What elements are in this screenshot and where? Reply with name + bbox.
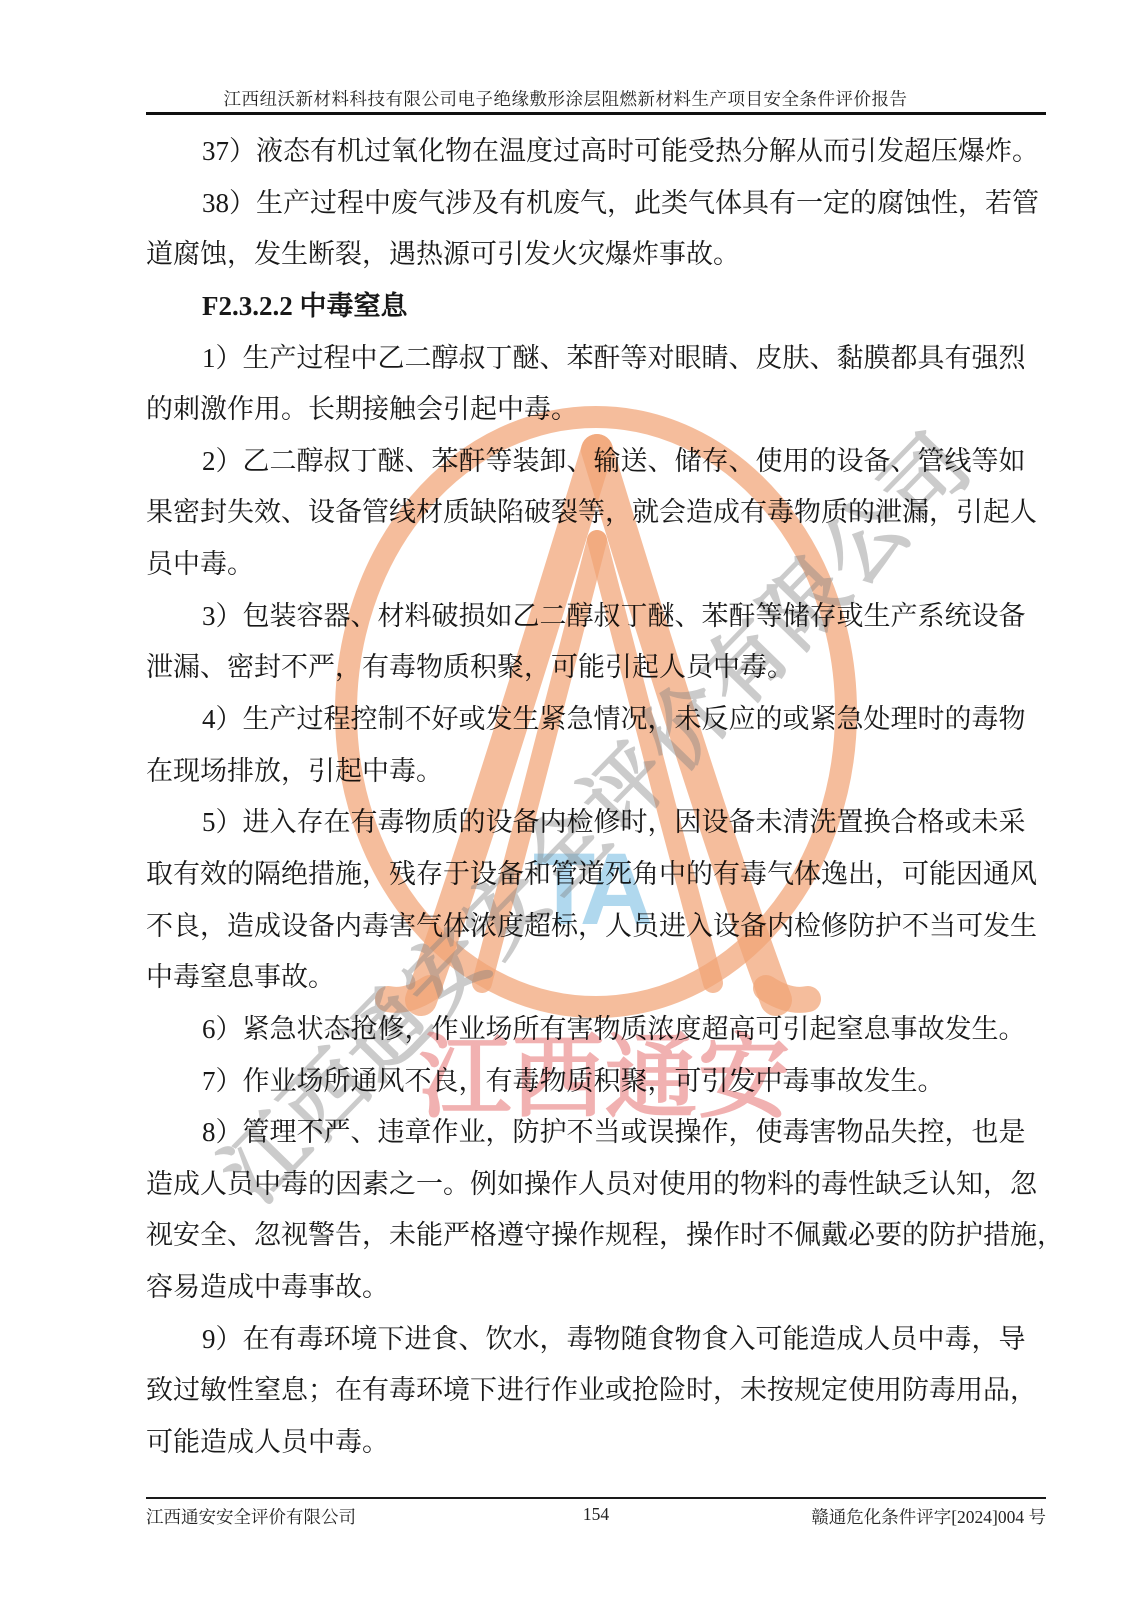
body-line: 道腐蚀，发生断裂，遇热源可引发火灾爆炸事故。 [146,229,1014,281]
body-text: 37）液态有机过氧化物在温度过高时可能受热分解从而引发超压爆炸。38）生产过程中… [146,126,1014,1469]
body-line: 视安全、忽视警告，未能严格遵守操作规程，操作时不佩戴必要的防护措施， [146,1210,1014,1262]
body-line: 1）生产过程中乙二醇叔丁醚、苯酐等对眼睛、皮肤、黏膜都具有强烈 [146,333,1014,385]
body-line: 在现场排放，引起中毒。 [146,746,1014,798]
footer-doc-number: 赣通危化条件评字[2024]004 号 [811,1504,1046,1529]
body-line: 4）生产过程控制不好或发生紧急情况，未反应的或紧急处理时的毒物 [146,694,1014,746]
body-line: 致过敏性窒息；在有毒环境下进行作业或抢险时，未按规定使用防毒用品， [146,1365,1014,1417]
header-divider [146,112,1046,115]
body-line: 员中毒。 [146,539,1014,591]
document-page: 江西纽沃新材料科技有限公司电子绝缘敷形涂层阻燃新材料生产项目安全条件评价报告 3… [0,0,1131,1600]
body-line: 5）进入存在有毒物质的设备内检修时，因设备未清洗置换合格或未采 [146,797,1014,849]
footer-page-number: 154 [583,1504,609,1525]
body-line: 中毒窒息事故。 [146,952,1014,1004]
body-line: 可能造成人员中毒。 [146,1417,1014,1469]
page-footer: 江西通安安全评价有限公司 154 赣通危化条件评字[2024]004 号 [146,1504,1046,1530]
body-line: 6）紧急状态抢修，作业场所有害物质浓度超高可引起窒息事故发生。 [146,1004,1014,1056]
section-heading: F2.3.2.2 中毒窒息 [146,281,1014,333]
body-line: 泄漏、密封不严，有毒物质积聚，可能引起人员中毒。 [146,642,1014,694]
body-line: 38）生产过程中废气涉及有机废气，此类气体具有一定的腐蚀性，若管 [146,178,1014,230]
body-line: 果密封失效、设备管线材质缺陷破裂等，就会造成有毒物质的泄漏，引起人 [146,487,1014,539]
page-header-title: 江西纽沃新材料科技有限公司电子绝缘敷形涂层阻燃新材料生产项目安全条件评价报告 [0,86,1131,111]
body-line: 容易造成中毒事故。 [146,1262,1014,1314]
body-line: 37）液态有机过氧化物在温度过高时可能受热分解从而引发超压爆炸。 [146,126,1014,178]
body-line: 9）在有毒环境下进食、饮水，毒物随食物食入可能造成人员中毒，导 [146,1314,1014,1366]
body-line: 3）包装容器、材料破损如乙二醇叔丁醚、苯酐等储存或生产系统设备 [146,591,1014,643]
body-line: 造成人员中毒的因素之一。例如操作人员对使用的物料的毒性缺乏认知，忽 [146,1159,1014,1211]
footer-company: 江西通安安全评价有限公司 [146,1504,356,1529]
body-line: 2）乙二醇叔丁醚、苯酐等装卸、输送、储存、使用的设备、管线等如 [146,436,1014,488]
body-line: 8）管理不严、违章作业，防护不当或误操作，使毒害物品失控，也是 [146,1107,1014,1159]
footer-divider [146,1497,1046,1499]
body-line: 的刺激作用。长期接触会引起中毒。 [146,384,1014,436]
body-line: 不良，造成设备内毒害气体浓度超标，人员进入设备内检修防护不当可发生 [146,901,1014,953]
body-line: 取有效的隔绝措施，残存于设备和管道死角中的有毒气体逸出，可能因通风 [146,849,1014,901]
body-line: 7）作业场所通风不良，有毒物质积聚，可引发中毒事故发生。 [146,1056,1014,1108]
